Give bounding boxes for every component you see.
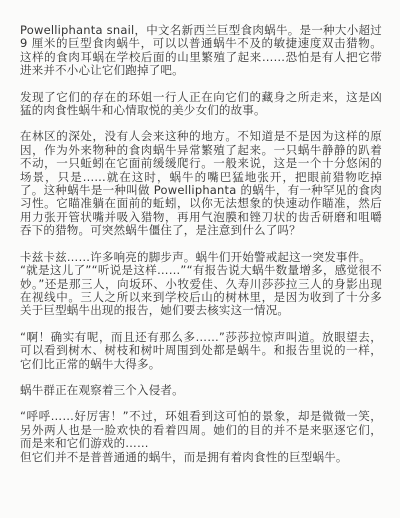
paragraph-3: 在林区的深处，没有人会来这种的地方。不知道是不是因为这样的原因，作为外来物种的食… <box>20 130 382 237</box>
paragraph-4: 卡兹卡兹……许多响亮的脚步声。蜗牛们开始警戒起这一突发事件。 “就是这儿了”“听… <box>20 251 382 318</box>
paragraph-5: “啊！确实有呢，而且还有那么多……”莎莎拉惊声叫道。放眼望去，可以看到树木、树枝… <box>20 331 382 371</box>
document-body: Powelliphanta snail，中文名新西兰巨型食肉蜗牛。是一种大小超过… <box>20 24 382 464</box>
paragraph-2: 发现了它们的存在的环姐一行人正在向它们的藏身之所走来，这是凶猛的肉食性蜗牛和心情… <box>20 91 382 118</box>
paragraph-7: “呼呼……好厉害！”不过，环姐看到这可怕的景象，却是微微一笑，另外两人也是一脸欢… <box>20 410 382 464</box>
document-page: Powelliphanta snail，中文名新西兰巨型食肉蜗牛。是一种大小超过… <box>0 0 400 518</box>
paragraph-1: Powelliphanta snail，中文名新西兰巨型食肉蜗牛。是一种大小超过… <box>20 24 382 78</box>
paragraph-6: 蜗牛群正在观察着三个入侵者。 <box>20 384 382 397</box>
